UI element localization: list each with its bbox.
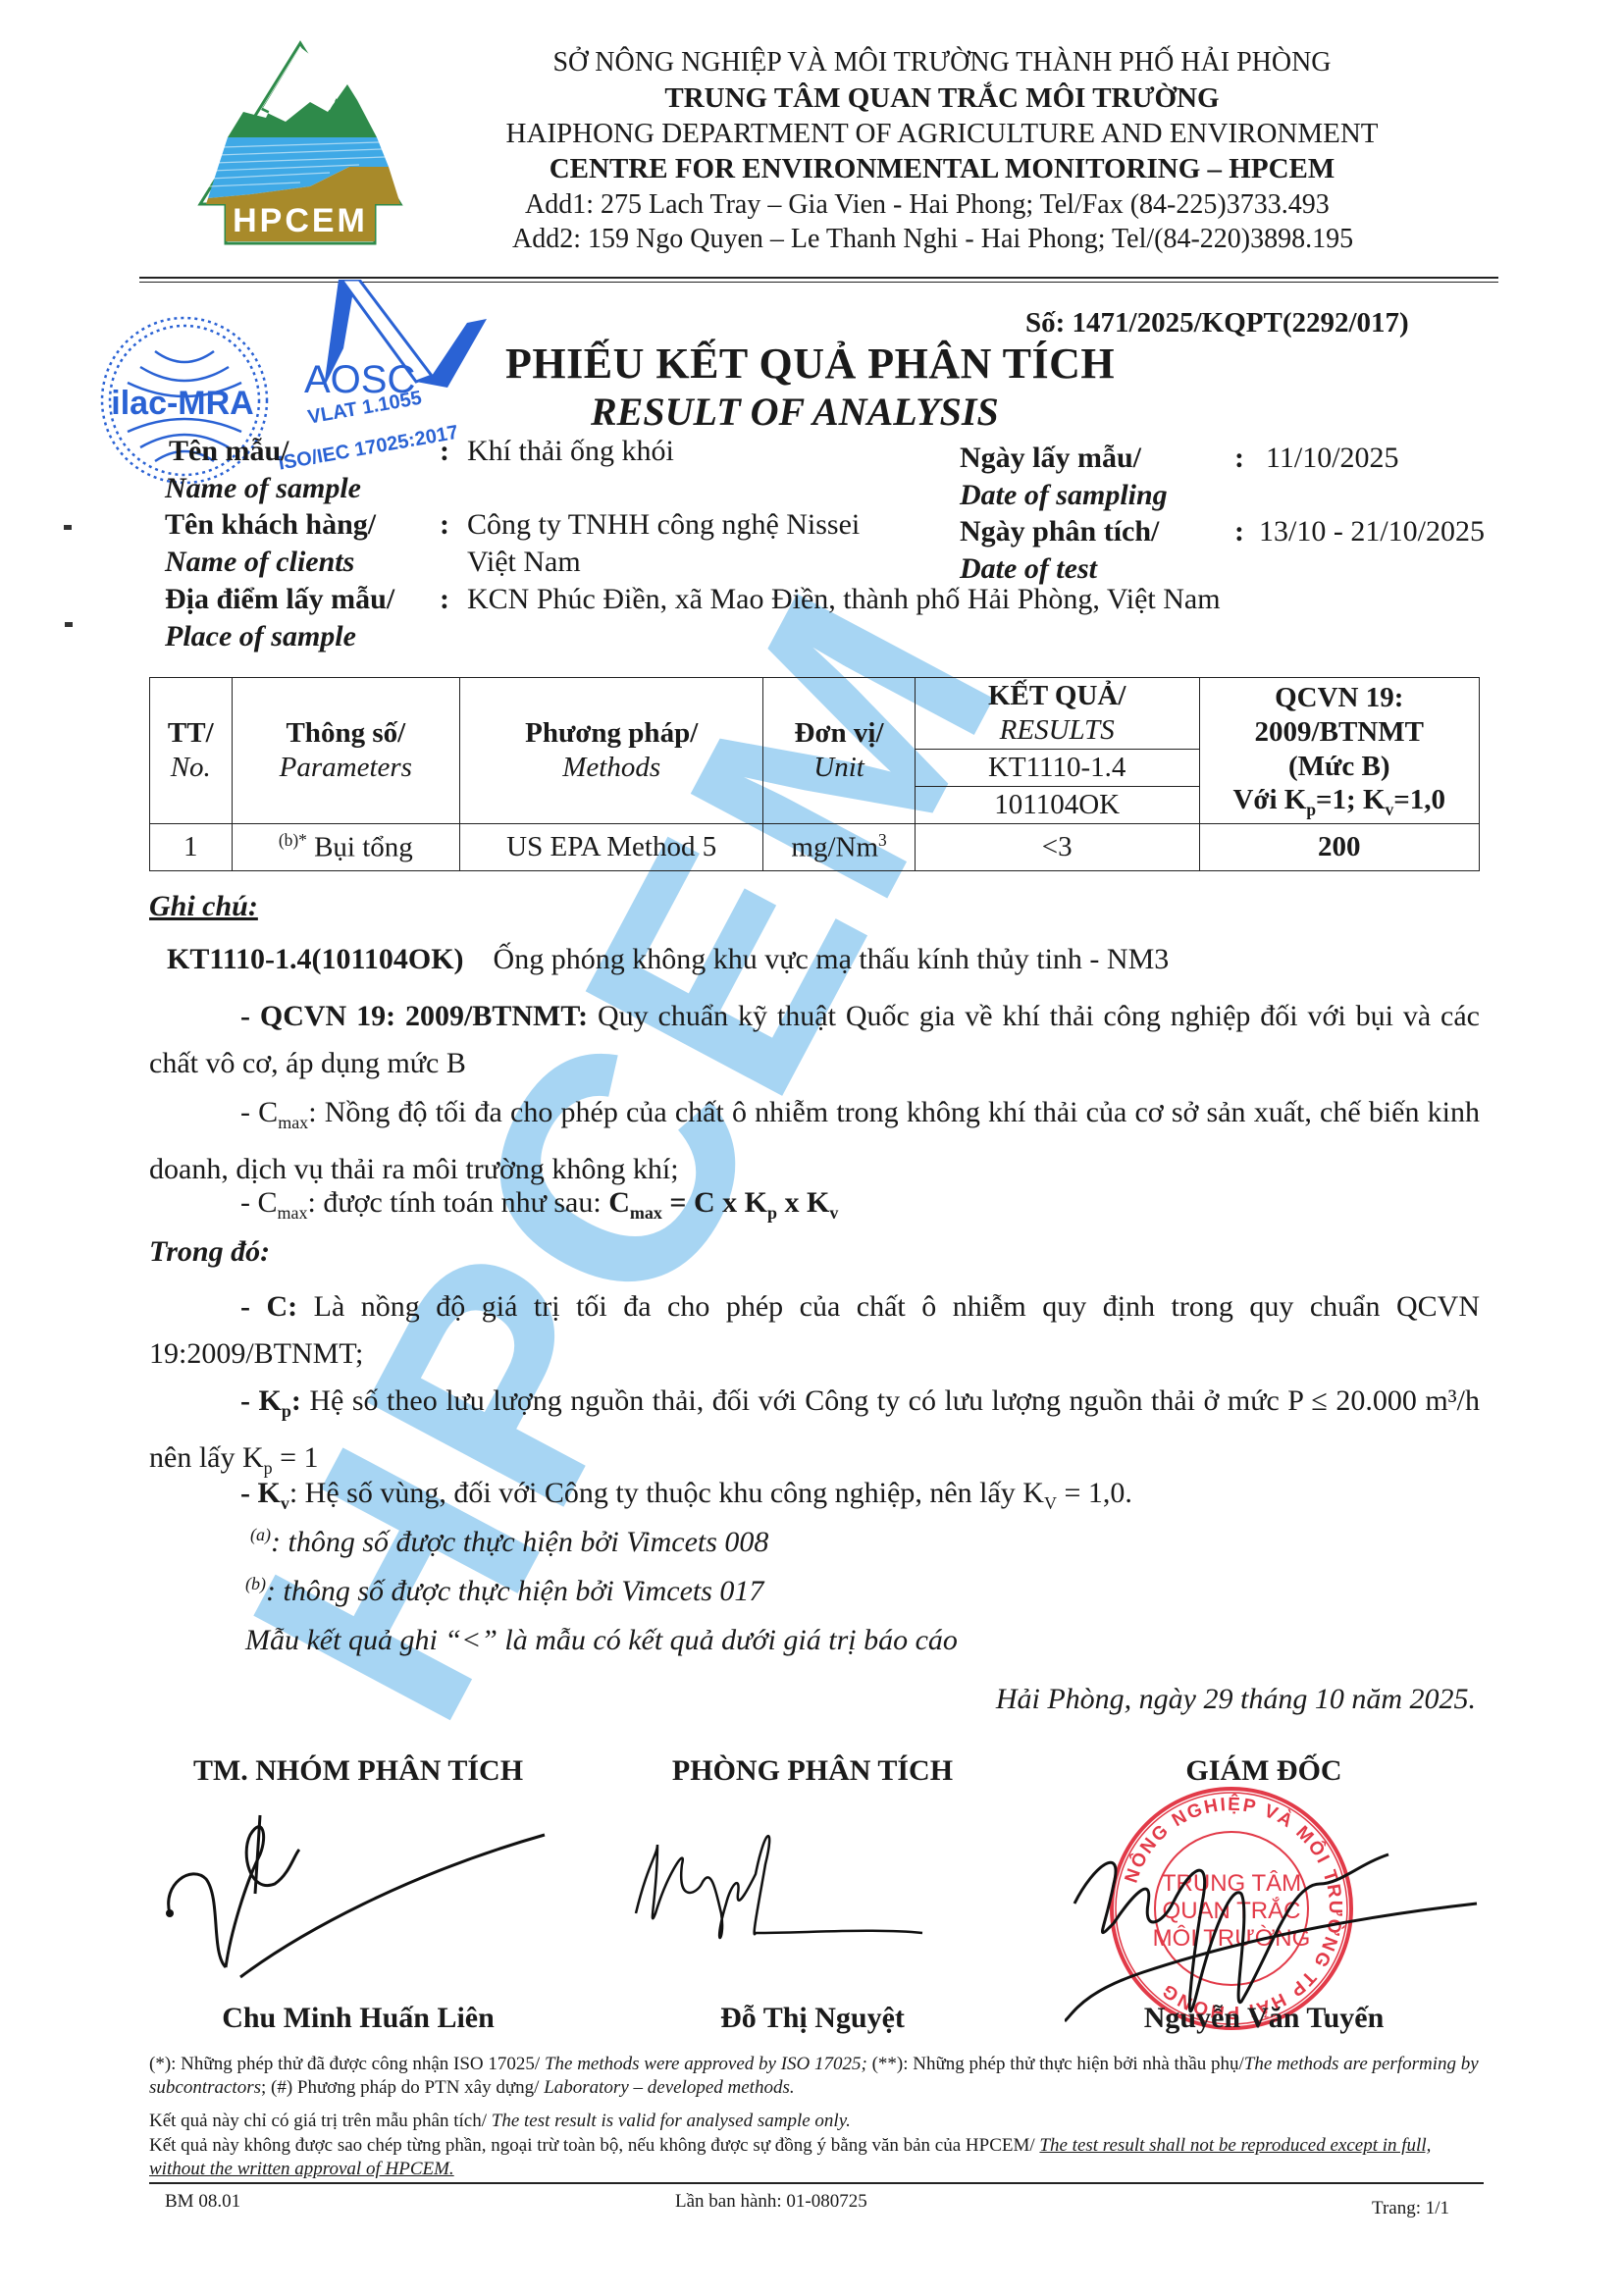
hpcem-logo-icon: HPCEM (192, 39, 408, 245)
header-methods: Phương pháp/Methods (460, 678, 763, 824)
cell-limit: 200 (1199, 824, 1480, 871)
sampling-date-value: 11/10/2025 (1266, 442, 1399, 475)
results-table: TT/No. Thông số/Parameters Phương pháp/M… (149, 677, 1480, 871)
client-label: Tên khách hàng/ (165, 508, 376, 542)
less-than-note: Mẫu kết quả ghi “<” là mẫu có kết quả dư… (245, 1621, 1576, 1659)
client-value-line2: Việt Nam (467, 546, 581, 579)
test-date-value: 13/10 - 21/10/2025 (1259, 515, 1485, 548)
cell-no: 1 (150, 824, 233, 871)
document-title-vn: PHIẾU KẾT QUẢ PHÂN TÍCH (505, 339, 1115, 389)
header-results: KẾT QUẢ/RESULTS (915, 678, 1199, 750)
header-standard: QCVN 19: 2009/BTNMT (Mức B) Với Kp=1; Kv… (1199, 678, 1480, 824)
note-cmax-definition: - Cmax: Nồng độ tối đa cho phép của chất… (149, 1089, 1480, 1193)
note-where: Trong đó: (149, 1232, 1480, 1271)
scan-mark (64, 525, 72, 530)
note-kv: - Kv: Hệ số vùng, đối với Công ty thuộc … (149, 1474, 1480, 1515)
address-2: Add2: 159 Ngo Quyen – Le Thanh Nghi - Ha… (512, 224, 1353, 255)
sampling-date-label: Ngày lấy mẫu/ (960, 442, 1141, 475)
sampling-date-label-en: Date of sampling (960, 479, 1168, 512)
page-number: Trang: 1/1 (1372, 2198, 1449, 2219)
issue-number: Lần ban hành: 01-080725 (675, 2191, 867, 2213)
cell-unit: mg/Nm3 (763, 824, 916, 871)
document-title-en: RESULT OF ANALYSIS (591, 389, 999, 435)
sample-code-1: KT1110-1.4 (915, 750, 1199, 787)
colon: : (440, 583, 449, 616)
cell-result: <3 (915, 824, 1199, 871)
cell-method: US EPA Method 5 (460, 824, 763, 871)
agency-en: HAIPHONG DEPARTMENT OF AGRICULTURE AND E… (402, 118, 1482, 150)
document-number: Số: 1471/2025/KQPT(2292/017) (1025, 307, 1409, 339)
cell-parameter: (b)* Bụi tổng (232, 824, 460, 871)
signature-name-1: Chu Minh Huấn Liên (162, 2002, 554, 2035)
centre-vn: TRUNG TÂM QUAN TRẮC MÔI TRƯỜNG (402, 82, 1482, 115)
place-value: KCN Phúc Điền, xã Mao Điền, thành phố Hả… (467, 583, 1221, 616)
sample-name-label-en: Name of sample (165, 472, 361, 505)
footer-accreditation-note: (*): Những phép thử đã được công nhận IS… (149, 2053, 1484, 2101)
footer-validity-note: Kết quả này chỉ có giá trị trên mẫu phân… (149, 2110, 1484, 2133)
signature-2-icon (628, 1805, 981, 2002)
footer-divider (149, 2182, 1484, 2184)
header-unit: Đơn vị/Unit (763, 678, 916, 824)
header-parameters: Thông số/Parameters (232, 678, 460, 824)
note-cmax-formula: - Cmax: được tính toán như sau: Cmax = C… (149, 1183, 1480, 1225)
signature-name-3: Nguyễn Văn Tuyến (1068, 2002, 1460, 2035)
place-label: Địa điểm lấy mẫu/ (165, 583, 394, 616)
svg-text:ilac-MRA: ilac-MRA (111, 385, 253, 422)
test-date-label-en: Date of test (960, 552, 1097, 586)
scan-mark (65, 622, 73, 627)
header-no: TT/No. (150, 678, 233, 824)
table-row: 1 (b)* Bụi tổng US EPA Method 5 mg/Nm3 <… (150, 824, 1480, 871)
place-date: Hải Phòng, ngày 29 tháng 10 năm 2025. (996, 1680, 1476, 1718)
sample-name-value: Khí thải ống khói (467, 435, 674, 468)
place-label-en: Place of sample (165, 620, 356, 653)
note-qcvn: - QCVN 19: 2009/BTNMT: Quy chuẩn kỹ thuậ… (149, 993, 1480, 1087)
test-date-label: Ngày phân tích/ (960, 515, 1159, 548)
colon: : (1234, 442, 1244, 475)
header-divider (139, 277, 1498, 279)
colon: : (440, 508, 449, 542)
centre-en: CENTRE FOR ENVIRONMENTAL MONITORING – HP… (402, 153, 1482, 185)
footer-copyright-note: Kết quả này không được sao chép từng phầ… (149, 2134, 1484, 2182)
sample-name-label: Tên mẫu/ (169, 435, 289, 468)
footnote-b: (b): thông số được thực hiện bởi Vimcets… (245, 1572, 1576, 1610)
signature-1-icon (152, 1776, 623, 2011)
client-value-line1: Công ty TNHH công nghệ Nissei (467, 508, 860, 542)
form-code: BM 08.01 (165, 2191, 240, 2213)
sample-code-2: 101104OK (915, 787, 1199, 824)
address-1: Add1: 275 Lach Tray – Gia Vien - Hai Pho… (525, 189, 1330, 221)
note-sample-code: KT1110-1.4(101104OK) Ống phóng không khu… (167, 940, 1497, 978)
signature-name-2: Đỗ Thị Nguyệt (616, 2002, 1009, 2035)
note-c: - C: Là nồng độ giá trị tối đa cho phép … (149, 1283, 1480, 1378)
agency-vn: SỞ NÔNG NGHIỆP VÀ MÔI TRƯỜNG THÀNH PHỐ H… (402, 47, 1482, 78)
colon: : (1234, 515, 1244, 548)
colon: : (440, 435, 449, 468)
signature-title-2: PHÒNG PHÂN TÍCH (616, 1754, 1009, 1788)
notes-heading: Ghi chú: (149, 887, 1480, 925)
footnote-a: (a): thông số được thực hiện bởi Vimcets… (250, 1523, 1581, 1561)
svg-text:HPCEM: HPCEM (233, 202, 368, 239)
client-label-en: Name of clients (165, 546, 354, 579)
